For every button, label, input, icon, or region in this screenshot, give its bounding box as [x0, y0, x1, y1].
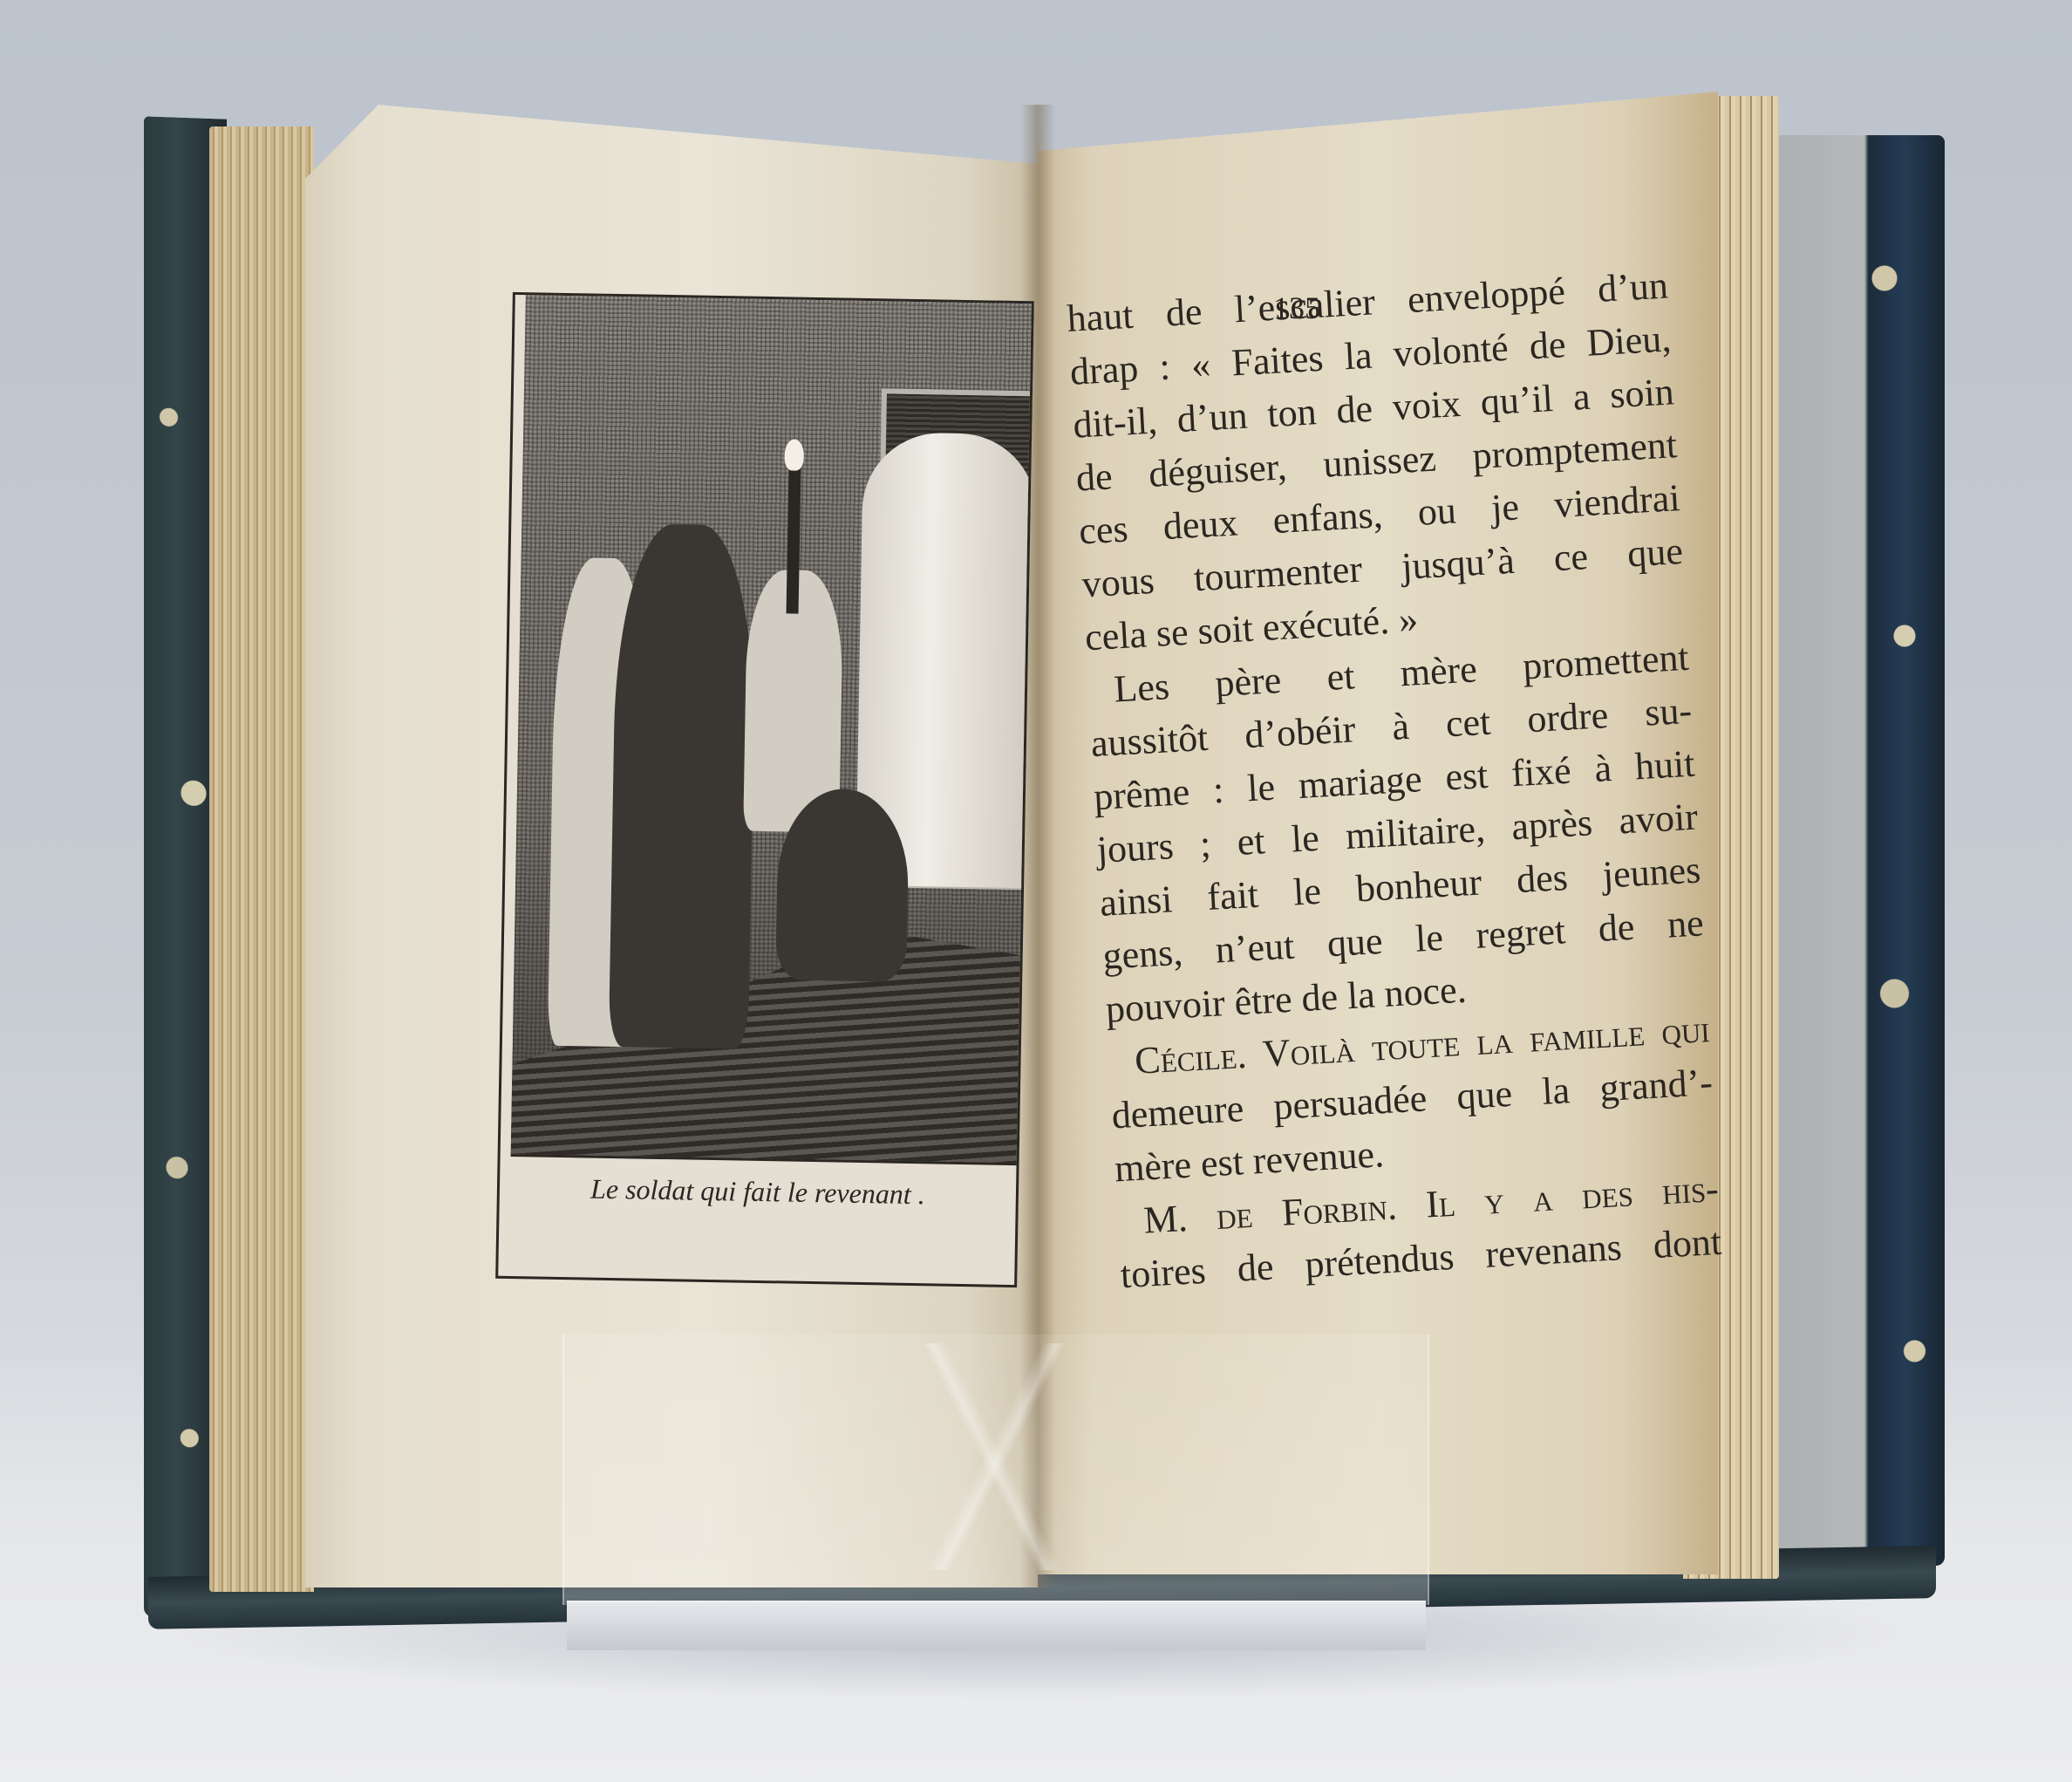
acrylic-stand-support	[567, 1343, 1421, 1570]
candle-icon	[787, 465, 801, 613]
soldier-figure	[609, 523, 757, 1049]
flame-icon	[784, 439, 804, 470]
engraving-plate: Le soldat qui fait le revenant .	[495, 292, 1034, 1287]
kneeling-figure	[775, 788, 910, 982]
illustration-caption: Le soldat qui fait le revenant .	[500, 1171, 1017, 1212]
page-block-left	[209, 126, 314, 1592]
page-text: haut de l’escalier enveloppé d’un drap :…	[1066, 258, 1723, 1301]
acrylic-stand-base	[567, 1601, 1426, 1650]
engraving-illustration	[511, 295, 1032, 1165]
